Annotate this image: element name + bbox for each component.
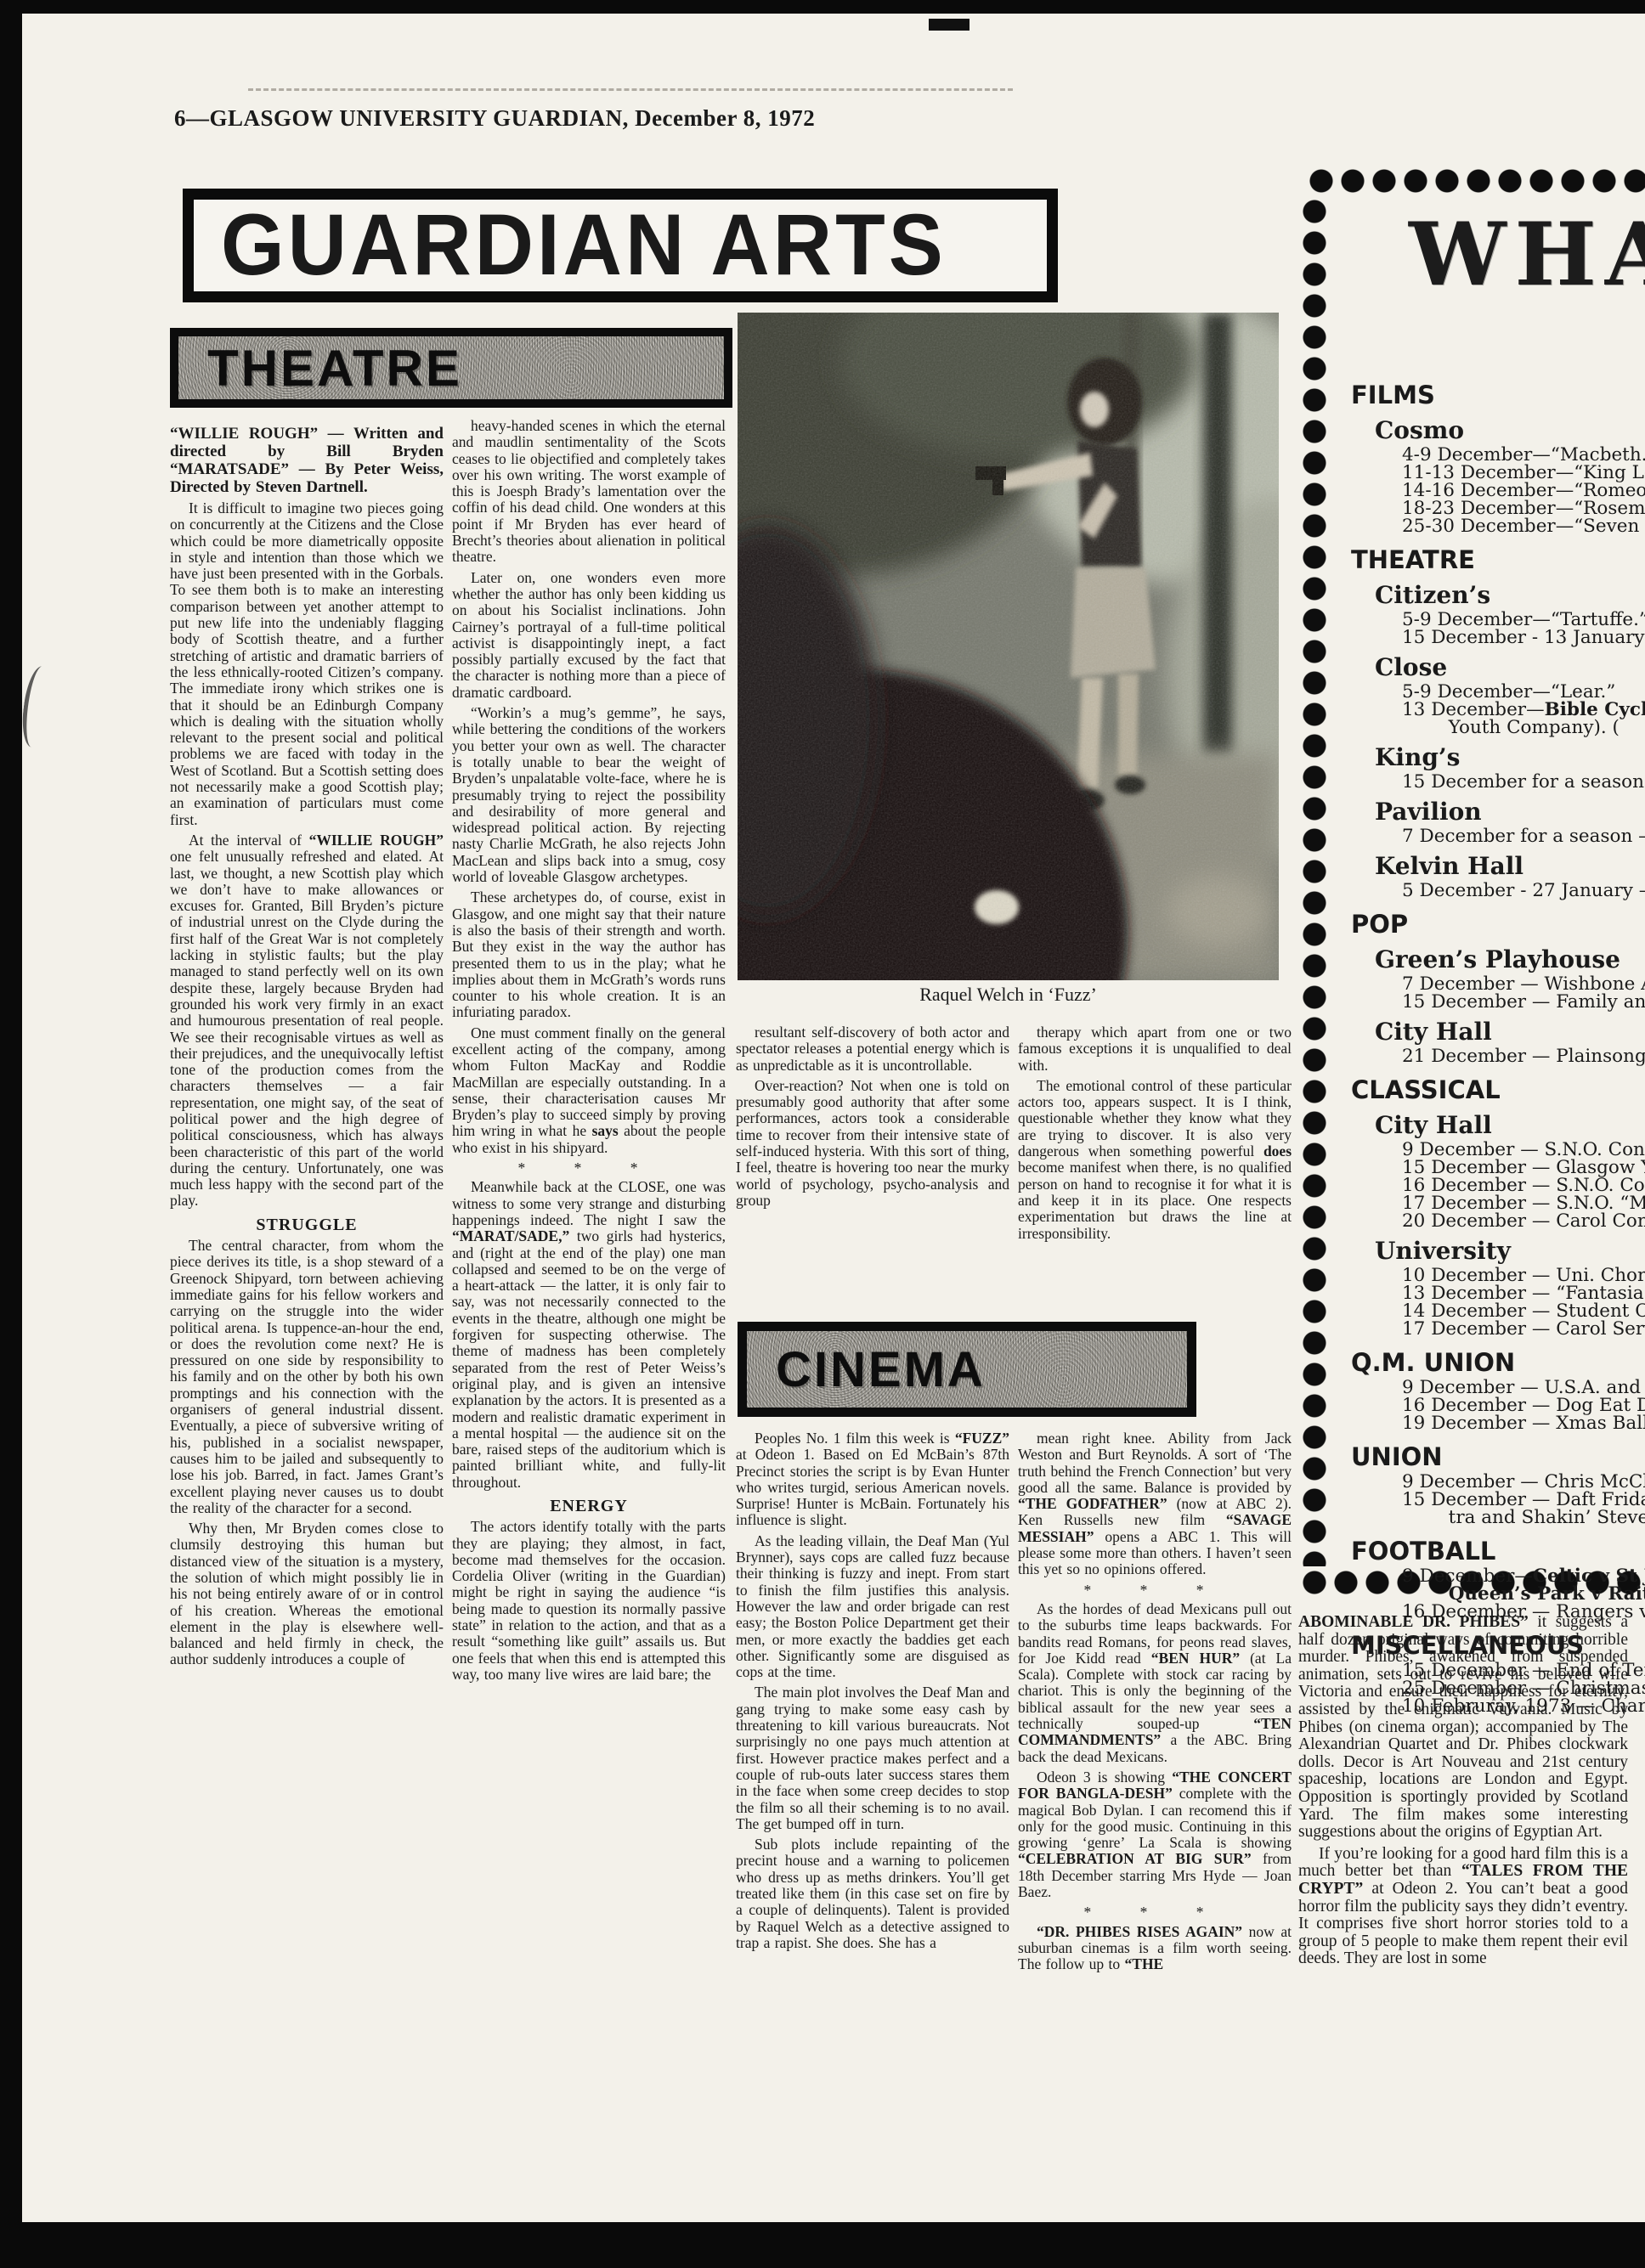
theatre-column-1: “WILLIE ROUGH” — Written and directed by… bbox=[170, 425, 444, 1673]
whatson-venue-lines: 9 December — S.N.O. Concert15 December —… bbox=[1353, 1141, 1645, 1230]
whatson-venue-lines: 9 December — Chris McClure.15 December —… bbox=[1353, 1473, 1645, 1526]
whatson-venue: King’s 15 December for a season — bbox=[1353, 743, 1645, 791]
whatson-venues: City Hall 9 December — S.N.O. Concert15 … bbox=[1353, 1111, 1645, 1338]
paragraph: Over-reaction? Not when one is told on p… bbox=[736, 1078, 1009, 1209]
paragraph: “WILLIE ROUGH” — Written and directed by… bbox=[170, 425, 444, 496]
whatson-venues: Cosmo 4-9 December—“Macbeth.”11-13 Decem… bbox=[1353, 416, 1645, 535]
whatson-venues: 9 December — Chris McClure.15 December —… bbox=[1353, 1473, 1645, 1526]
dotted-border-left bbox=[1300, 197, 1329, 1566]
paragraph: Odeon 3 is showing “THE CONCERT FOR BANG… bbox=[1018, 1769, 1292, 1900]
whatson-venue-lines: 10 December — Uni. Choral S13 December —… bbox=[1353, 1267, 1645, 1338]
whatson-listing: 15 December for a season — bbox=[1402, 773, 1645, 791]
whatson-listing: 14-16 December—“Romeo and bbox=[1402, 482, 1645, 499]
paragraph: Later on, one wonders even more whether … bbox=[452, 570, 726, 701]
theatre-column-4: therapy which apart from one or two famo… bbox=[1018, 1024, 1292, 1246]
whatson-venue-name: Kelvin Hall bbox=[1375, 852, 1645, 880]
whatson-listing: 25-30 December—“Seven Bride bbox=[1402, 517, 1645, 535]
whats-on-listings: FILMS Cosmo 4-9 December—“Macbeth.”11-13… bbox=[1353, 370, 1645, 1715]
whatson-section: CLASSICAL City Hall 9 December — S.N.O. … bbox=[1353, 1075, 1645, 1338]
paragraph: One must comment finally on the general … bbox=[452, 1025, 726, 1156]
whatson-section: Q.M. UNION 9 December — U.S.A. and Ca16 … bbox=[1353, 1348, 1645, 1432]
whatson-listing: 16 December — S.N.O. Concer bbox=[1402, 1176, 1645, 1194]
whatson-venue: Cosmo 4-9 December—“Macbeth.”11-13 Decem… bbox=[1353, 416, 1645, 535]
whatson-venue: Close 5-9 December—“Lear.”13 December—Bi… bbox=[1353, 653, 1645, 736]
whatson-venue: 9 December — Chris McClure.15 December —… bbox=[1353, 1473, 1645, 1526]
whatson-category-heading: UNION bbox=[1351, 1442, 1645, 1471]
paragraph: The main plot involves the Deaf Man and … bbox=[736, 1684, 1009, 1832]
whatson-venue: Pavilion 7 December for a season — bbox=[1353, 798, 1645, 845]
whatson-venue: 9 December — U.S.A. and Ca16 December — … bbox=[1353, 1379, 1645, 1432]
page-header: 6—GLASGOW UNIVERSITY GUARDIAN, December … bbox=[174, 105, 815, 132]
pen-mark bbox=[19, 664, 54, 748]
whatson-venue: University 10 December — Uni. Choral S13… bbox=[1353, 1237, 1645, 1338]
whatson-listing: 15 December — Family and I bbox=[1402, 993, 1645, 1011]
whatson-listing: 5 December - 27 January — “Ca bbox=[1402, 882, 1645, 900]
scan-edge-bottom bbox=[0, 2222, 1645, 2268]
whatson-section: FILMS Cosmo 4-9 December—“Macbeth.”11-13… bbox=[1353, 381, 1645, 535]
whatson-listing: 16 December — Dog Eat Dog. bbox=[1402, 1396, 1645, 1414]
paragraph: If you’re looking for a good hard film t… bbox=[1298, 1846, 1628, 1968]
whatson-listing: 9 December—Celtic v St Johnsto bbox=[1402, 1567, 1645, 1585]
whatson-category-heading: THEATRE bbox=[1351, 545, 1645, 574]
paragraph: STRUGGLE bbox=[170, 1217, 444, 1233]
masthead: GUARDIAN ARTS bbox=[183, 189, 1058, 302]
whatson-listing: 21 December — Plainsong an bbox=[1402, 1047, 1645, 1065]
cinema-column-2: mean right knee. Ability from Jack Westo… bbox=[1018, 1430, 1292, 1977]
whatson-venue-lines: 5-9 December—“Tartuffe.”15 December - 13… bbox=[1353, 611, 1645, 646]
photo-raquel-welch bbox=[738, 313, 1279, 980]
section-label-cinema: CINEMA bbox=[738, 1322, 1196, 1417]
paragraph: ABOMINABLE DR. PHIBES” it suggests a hal… bbox=[1298, 1614, 1628, 1842]
whatson-listing: 9 December — Chris McClure. bbox=[1402, 1473, 1645, 1491]
whatson-venue-name: University bbox=[1375, 1237, 1645, 1265]
section-label-theatre: THEATRE bbox=[170, 328, 732, 408]
whatson-listing: 15 December - 13 January—“Pu bbox=[1402, 629, 1645, 646]
whatson-listing: Youth Company). ( bbox=[1402, 719, 1645, 736]
paragraph: As the leading villain, the Deaf Man (Yu… bbox=[736, 1533, 1009, 1681]
paragraph: heavy-handed scenes in which the eternal… bbox=[452, 418, 726, 566]
whatson-venue-name: Pavilion bbox=[1375, 798, 1645, 826]
whatson-listing: 11-13 December—“King Lear.” bbox=[1402, 464, 1645, 482]
masthead-title: GUARDIAN ARTS bbox=[194, 196, 947, 296]
whatson-venue-lines: 21 December — Plainsong an bbox=[1353, 1047, 1645, 1065]
whatson-listing: 13 December—Bible Cycle, 7.3 bbox=[1402, 701, 1645, 719]
whatson-venue-lines: 7 December — Wishbone Ash15 December — F… bbox=[1353, 975, 1645, 1011]
whatson-venue-name: City Hall bbox=[1375, 1111, 1645, 1139]
whatson-listing: 17 December — Carol Service bbox=[1402, 1320, 1645, 1338]
paragraph: “Workin’s a mug’s gemme”, he says, while… bbox=[452, 705, 726, 885]
whatson-venue: Green’s Playhouse 7 December — Wishbone … bbox=[1353, 945, 1645, 1011]
paragraph: The actors identify totally with the par… bbox=[452, 1519, 726, 1683]
whatson-venue-lines: 7 December for a season — bbox=[1353, 827, 1645, 845]
paragraph: The central character, from whom the pie… bbox=[170, 1238, 444, 1516]
whatson-category-heading: Q.M. UNION bbox=[1351, 1348, 1645, 1377]
whatson-section: POP Green’s Playhouse 7 December — Wishb… bbox=[1353, 910, 1645, 1065]
whatson-listing: 5-9 December—“Tartuffe.” bbox=[1402, 611, 1645, 629]
paragraph: These archetypes do, of course, exist in… bbox=[452, 889, 726, 1020]
paragraph: At the interval of “WILLIE ROUGH” one fe… bbox=[170, 832, 444, 1210]
whatson-listing: 10 December — Uni. Choral S bbox=[1402, 1267, 1645, 1284]
whatson-venue-lines: 15 December for a season — bbox=[1353, 773, 1645, 791]
whatson-venue-lines: 4-9 December—“Macbeth.”11-13 December—“K… bbox=[1353, 446, 1645, 535]
paragraph: As the hordes of dead Mexicans pull out … bbox=[1018, 1601, 1292, 1765]
scan-edge-top bbox=[0, 0, 1645, 14]
photo-caption: Raquel Welch in ‘Fuzz’ bbox=[738, 984, 1279, 1006]
cinema-label: CINEMA bbox=[747, 1341, 986, 1398]
whatson-section: UNION 9 December — Chris McClure.15 Dece… bbox=[1353, 1442, 1645, 1526]
whatson-venues: Green’s Playhouse 7 December — Wishbone … bbox=[1353, 945, 1645, 1065]
paragraph: Sub plots include repainting of the prec… bbox=[736, 1836, 1009, 1951]
whatson-listing: 15 December — Glasgow You bbox=[1402, 1159, 1645, 1176]
whatson-listing: 18-23 December—“Rosemary’s bbox=[1402, 499, 1645, 517]
whatson-venue-lines: 5 December - 27 January — “Ca bbox=[1353, 882, 1645, 900]
whatson-venue: City Hall 9 December — S.N.O. Concert15 … bbox=[1353, 1111, 1645, 1230]
paragraph: * * * bbox=[1018, 1583, 1292, 1599]
whatson-listing: 9 December — S.N.O. Concert bbox=[1402, 1141, 1645, 1159]
paragraph: therapy which apart from one or two famo… bbox=[1018, 1024, 1292, 1074]
whatson-listing: 14 December — Student Carol bbox=[1402, 1302, 1645, 1320]
whatson-venue: City Hall 21 December — Plainsong an bbox=[1353, 1018, 1645, 1065]
whatson-listing: 7 December for a season — bbox=[1402, 827, 1645, 845]
whatson-venue: Kelvin Hall 5 December - 27 January — “C… bbox=[1353, 852, 1645, 900]
whatson-category-heading: POP bbox=[1351, 910, 1645, 939]
whatson-section: THEATRE Citizen’s 5-9 December—“Tartuffe… bbox=[1353, 545, 1645, 900]
whatson-venues: 9 December — U.S.A. and Ca16 December — … bbox=[1353, 1379, 1645, 1432]
scan-artifact-blot bbox=[929, 19, 969, 31]
cinema-column-1: Peoples No. 1 film this week is “FUZZ” a… bbox=[736, 1430, 1009, 1955]
whatson-venue-name: Cosmo bbox=[1375, 416, 1645, 444]
paragraph: The emotional control of these particula… bbox=[1018, 1078, 1292, 1242]
paragraph: “DR. PHIBES RISES AGAIN” now at suburban… bbox=[1018, 1924, 1292, 1973]
paragraph: It is difficult to imagine two pieces go… bbox=[170, 500, 444, 828]
whatson-listing: 17 December — S.N.O. “Music bbox=[1402, 1194, 1645, 1212]
theatre-label: THEATRE bbox=[178, 339, 462, 398]
scan-edge-left bbox=[0, 0, 22, 2268]
whats-on-title: WHAT’S bbox=[1409, 204, 1645, 306]
phibes-article: ABOMINABLE DR. PHIBES” it suggests a hal… bbox=[1298, 1614, 1628, 1972]
whatson-venues: Citizen’s 5-9 December—“Tartuffe.”15 Dec… bbox=[1353, 581, 1645, 900]
whatson-listing: 19 December — Xmas Ball with bbox=[1402, 1414, 1645, 1432]
whatson-category-heading: CLASSICAL bbox=[1351, 1075, 1645, 1104]
whatson-category-heading: FILMS bbox=[1351, 381, 1645, 409]
whatson-listing: 15 December — Daft Friday Bo bbox=[1402, 1491, 1645, 1509]
whatson-section: FOOTBALL 9 December—Celtic v St Johnsto … bbox=[1353, 1537, 1645, 1621]
whatson-listing: 9 December — U.S.A. and Ca bbox=[1402, 1379, 1645, 1396]
paragraph: resultant self-discovery of both actor a… bbox=[736, 1024, 1009, 1074]
whatson-listing: 20 December — Carol Concert bbox=[1402, 1212, 1645, 1230]
paragraph: Why then, Mr Bryden comes close to clums… bbox=[170, 1520, 444, 1668]
whatson-listing: Queen’s Park v Raith R bbox=[1402, 1585, 1645, 1603]
theatre-column-3: resultant self-discovery of both actor a… bbox=[736, 1024, 1009, 1213]
newspaper-page: 6—GLASGOW UNIVERSITY GUARDIAN, December … bbox=[0, 0, 1645, 2268]
whatson-venue-lines: 5-9 December—“Lear.”13 December—Bible Cy… bbox=[1353, 683, 1645, 736]
paragraph: mean right knee. Ability from Jack Westo… bbox=[1018, 1430, 1292, 1578]
whatson-venue-name: Close bbox=[1375, 653, 1645, 681]
whatson-listing: tra and Shakin’ Steven bbox=[1402, 1509, 1645, 1526]
whatson-venue-lines: 9 December — U.S.A. and Ca16 December — … bbox=[1353, 1379, 1645, 1432]
whatson-venue-name: Citizen’s bbox=[1375, 581, 1645, 609]
scan-artifact-line bbox=[248, 88, 1013, 91]
whatson-category-heading: FOOTBALL bbox=[1351, 1537, 1645, 1566]
theatre-column-2: heavy-handed scenes in which the eternal… bbox=[452, 418, 726, 1687]
whatson-venue-name: King’s bbox=[1375, 743, 1645, 771]
paragraph: Meanwhile back at the CLOSE, one was wit… bbox=[452, 1179, 726, 1491]
paragraph: * * * bbox=[452, 1160, 726, 1176]
whatson-listing: 4-9 December—“Macbeth.” bbox=[1402, 446, 1645, 464]
paragraph: ENERGY bbox=[452, 1498, 726, 1515]
paragraph: * * * bbox=[1018, 1904, 1292, 1921]
whatson-listing: 7 December — Wishbone Ash bbox=[1402, 975, 1645, 993]
whatson-venue-name: City Hall bbox=[1375, 1018, 1645, 1046]
paragraph: Peoples No. 1 film this week is “FUZZ” a… bbox=[736, 1430, 1009, 1529]
whatson-venue-name: Green’s Playhouse bbox=[1375, 945, 1645, 973]
whatson-listing: 13 December — “Fantasia Co bbox=[1402, 1284, 1645, 1302]
dotted-border-top bbox=[1307, 166, 1645, 195]
whatson-listing: 5-9 December—“Lear.” bbox=[1402, 683, 1645, 701]
whatson-venue: Citizen’s 5-9 December—“Tartuffe.”15 Dec… bbox=[1353, 581, 1645, 646]
